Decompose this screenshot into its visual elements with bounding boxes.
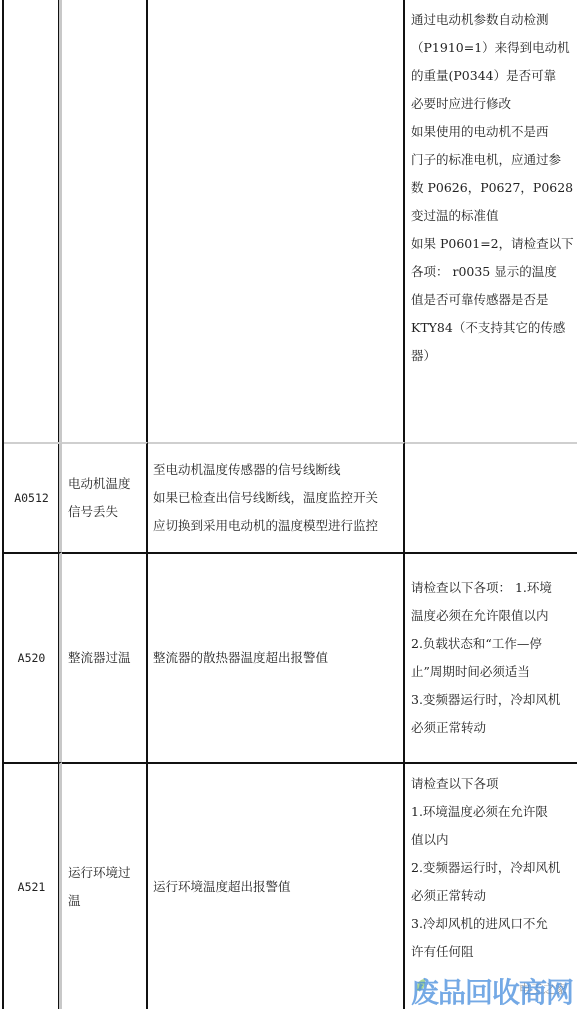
remedy-line: 如果使用的电动机不是西 — [411, 118, 573, 146]
fault-name-cell — [62, 0, 148, 442]
name-line: 温 — [68, 887, 141, 915]
remedy-line: 许有任何阻 — [411, 938, 573, 966]
fault-code-cell: A0512 — [4, 442, 62, 552]
remedy-line: 变过温的标准值 — [411, 202, 573, 230]
fault-remedy-cell: 通过电动机参数自动检测 （P1910=1）来得到电动机 的重量(P0344）是否… — [405, 0, 577, 442]
remedy-line: 1.环境温度必须在允许限 — [411, 798, 573, 826]
fault-cause-cell — [148, 0, 405, 442]
remedy-line: 器） — [411, 342, 573, 370]
remedy-line: 必要时应进行修改 — [411, 90, 573, 118]
cause-line: 如果已检查出信号线断线，温度监控开关 — [153, 484, 398, 512]
cause-line: 整流器的散热器温度超出报警值 — [153, 644, 398, 672]
fault-code-cell: A521 — [4, 762, 62, 1009]
fault-code-table: 通过电动机参数自动检测 （P1910=1）来得到电动机 的重量(P0344）是否… — [2, 0, 577, 1009]
name-line: 运行环境过 — [68, 859, 141, 887]
remedy-line: （P1910=1）来得到电动机 — [411, 34, 573, 62]
remedy-line: 通过电动机参数自动检测 — [411, 6, 573, 34]
fault-name-cell: 整流器过温 — [62, 552, 148, 762]
remedy-line: 3.冷却风机的进风口不允 — [411, 910, 573, 938]
name-line: 电动机温度 — [68, 470, 141, 498]
remedy-line: 3.变频器运行时，冷却风机 — [411, 686, 573, 714]
fault-name-cell: 电动机温度 信号丢失 — [62, 442, 148, 552]
fault-cause-cell: 整流器的散热器温度超出报警值 — [148, 552, 405, 762]
fault-cause-cell: 运行环境温度超出报警值 — [148, 762, 405, 1009]
remedy-line: 值以内 — [411, 826, 573, 854]
cause-line: 应切换到采用电动机的温度模型进行监控 — [153, 512, 398, 540]
fault-code-cell — [4, 0, 62, 442]
fault-name-cell: 运行环境过 温 — [62, 762, 148, 1009]
table-row: A521 运行环境过 温 运行环境温度超出报警值 请检查以下各项 1.环境温度必… — [4, 762, 577, 1009]
table-row: A520 整流器过温 整流器的散热器温度超出报警值 请检查以下各项： 1.环境 … — [4, 552, 577, 762]
fault-cause-cell: 至电动机温度传感器的信号线断线 如果已检查出信号线断线，温度监控开关 应切换到采… — [148, 442, 405, 552]
fault-remedy-cell: 请检查以下各项： 1.环境 温度必须在允许限值以内 2.负载状态和“工作—停 止… — [405, 552, 577, 762]
name-line: 整流器过温 — [68, 644, 141, 672]
remedy-line: 止”周期时间必须适当 — [411, 658, 573, 686]
remedy-line: 门子的标准电机，应通过参 — [411, 146, 573, 174]
remedy-line: 2.变频器运行时，冷却风机 — [411, 854, 573, 882]
remedy-line: 各项： r0035 显示的温度 — [411, 258, 573, 286]
remedy-line: KTY84（不支持其它的传感 — [411, 314, 573, 342]
table-row: A0512 电动机温度 信号丢失 至电动机温度传感器的信号线断线 如果已检查出信… — [4, 442, 577, 552]
remedy-line: 必须正常转动 — [411, 882, 573, 910]
remedy-line: 数 P0626，P0627，P0628 改 — [411, 174, 573, 202]
remedy-line: 的重量(P0344）是否可靠 — [411, 62, 573, 90]
name-line: 信号丢失 — [68, 498, 141, 526]
fault-remedy-cell — [405, 442, 577, 552]
remedy-line: 请检查以下各项： 1.环境 — [411, 574, 573, 602]
fault-remedy-cell: 请检查以下各项 1.环境温度必须在允许限 值以内 2.变频器运行时，冷却风机 必… — [405, 762, 577, 1009]
cause-line: 至电动机温度传感器的信号线断线 — [153, 456, 398, 484]
remedy-line: 必须正常转动 — [411, 714, 573, 742]
remedy-line: 2.负载状态和“工作—停 — [411, 630, 573, 658]
remedy-line: 如果 P0601=2，请检查以下 — [411, 230, 573, 258]
table-row: 通过电动机参数自动检测 （P1910=1）来得到电动机 的重量(P0344）是否… — [4, 0, 577, 442]
remedy-line: 值是否可靠传感器是否是 — [411, 286, 573, 314]
remedy-line: 请检查以下各项 — [411, 770, 573, 798]
cause-line: 运行环境温度超出报警值 — [153, 873, 398, 901]
remedy-line: 温度必须在允许限值以内 — [411, 602, 573, 630]
fault-code-cell: A520 — [4, 552, 62, 762]
